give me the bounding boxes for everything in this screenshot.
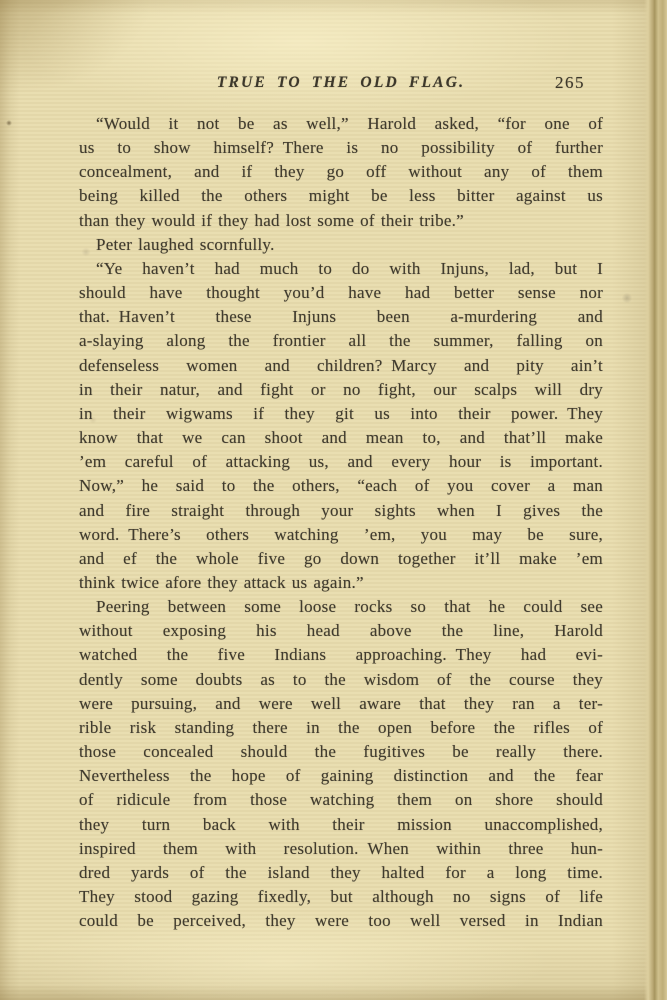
paragraph: Peering between some loose rocks so that…	[79, 595, 603, 933]
text-line: those concealed should the fugitives be …	[79, 740, 603, 764]
page-number: 265	[555, 73, 585, 93]
text-line: without exposing his head above the line…	[79, 619, 603, 643]
text-line: that. Haven’t these Injuns been a-murder…	[79, 305, 603, 329]
text-line: were pursuing, and were well aware that …	[79, 692, 603, 716]
text-line: should have thought you’d have had bette…	[79, 281, 603, 305]
text-line: Now,” he said to the others, “each of yo…	[79, 474, 603, 498]
text-line: inspired them with resolution. When with…	[79, 837, 603, 861]
text-line: rible risk standing there in the open be…	[79, 716, 603, 740]
text-line: defenseless women and children? Marcy an…	[79, 354, 603, 378]
text-line: they turn back with their mission unacco…	[79, 813, 603, 837]
text-line: concealment, and if they go off without …	[79, 160, 603, 184]
text-line: watched the five Indians approaching. Th…	[79, 643, 603, 667]
text-line: and fire straight through your sights wh…	[79, 499, 603, 523]
text-line: being killed the others might be less bi…	[79, 184, 603, 208]
text-line: in their wigwams if they git us into the…	[79, 402, 603, 426]
page-edge-stack	[644, 0, 667, 1000]
text-line: “Ye haven’t had much to do with Injuns, …	[79, 257, 603, 281]
text-line: think twice afore they attack us again.”	[79, 571, 603, 595]
book-page: TRUE TO THE OLD FLAG. 265 “Would it not …	[0, 0, 667, 1000]
text-line: Peering between some loose rocks so that…	[79, 595, 603, 619]
text-line: word. There’s others watching ’em, you m…	[79, 523, 603, 547]
text-line: dred yards of the island they halted for…	[79, 861, 603, 885]
running-header-title: TRUE TO THE OLD FLAG.	[79, 74, 603, 92]
paragraph: Peter laughed scornfully.	[79, 233, 603, 257]
text-line: Peter laughed scornfully.	[79, 233, 603, 257]
text-line: in their natur, and fight or no fight, o…	[79, 378, 603, 402]
text-line: “Would it not be as well,” Harold asked,…	[79, 112, 603, 136]
body-text-block: “Would it not be as well,” Harold asked,…	[79, 112, 603, 933]
text-line: know that we can shoot and mean to, and …	[79, 426, 603, 450]
text-line: ’em careful of attacking us, and every h…	[79, 450, 603, 474]
paragraph: “Ye haven’t had much to do with Injuns, …	[79, 257, 603, 595]
paragraph: “Would it not be as well,” Harold asked,…	[79, 112, 603, 233]
text-line: us to show himself? There is no possibil…	[79, 136, 603, 160]
text-line: could be perceived, they were too well v…	[79, 909, 603, 933]
text-line: a-slaying along the frontier all the sum…	[79, 329, 603, 353]
text-line: and ef the whole five go down together i…	[79, 547, 603, 571]
page-header: TRUE TO THE OLD FLAG. 265	[79, 74, 603, 98]
text-line: than they would if they had lost some of…	[79, 209, 603, 233]
text-line: dently some doubts as to the wisdom of t…	[79, 668, 603, 692]
text-line: of ridicule from those watching them on …	[79, 788, 603, 812]
text-line: Nevertheless the hope of gaining distinc…	[79, 764, 603, 788]
text-line: They stood gazing fixedly, but although …	[79, 885, 603, 909]
